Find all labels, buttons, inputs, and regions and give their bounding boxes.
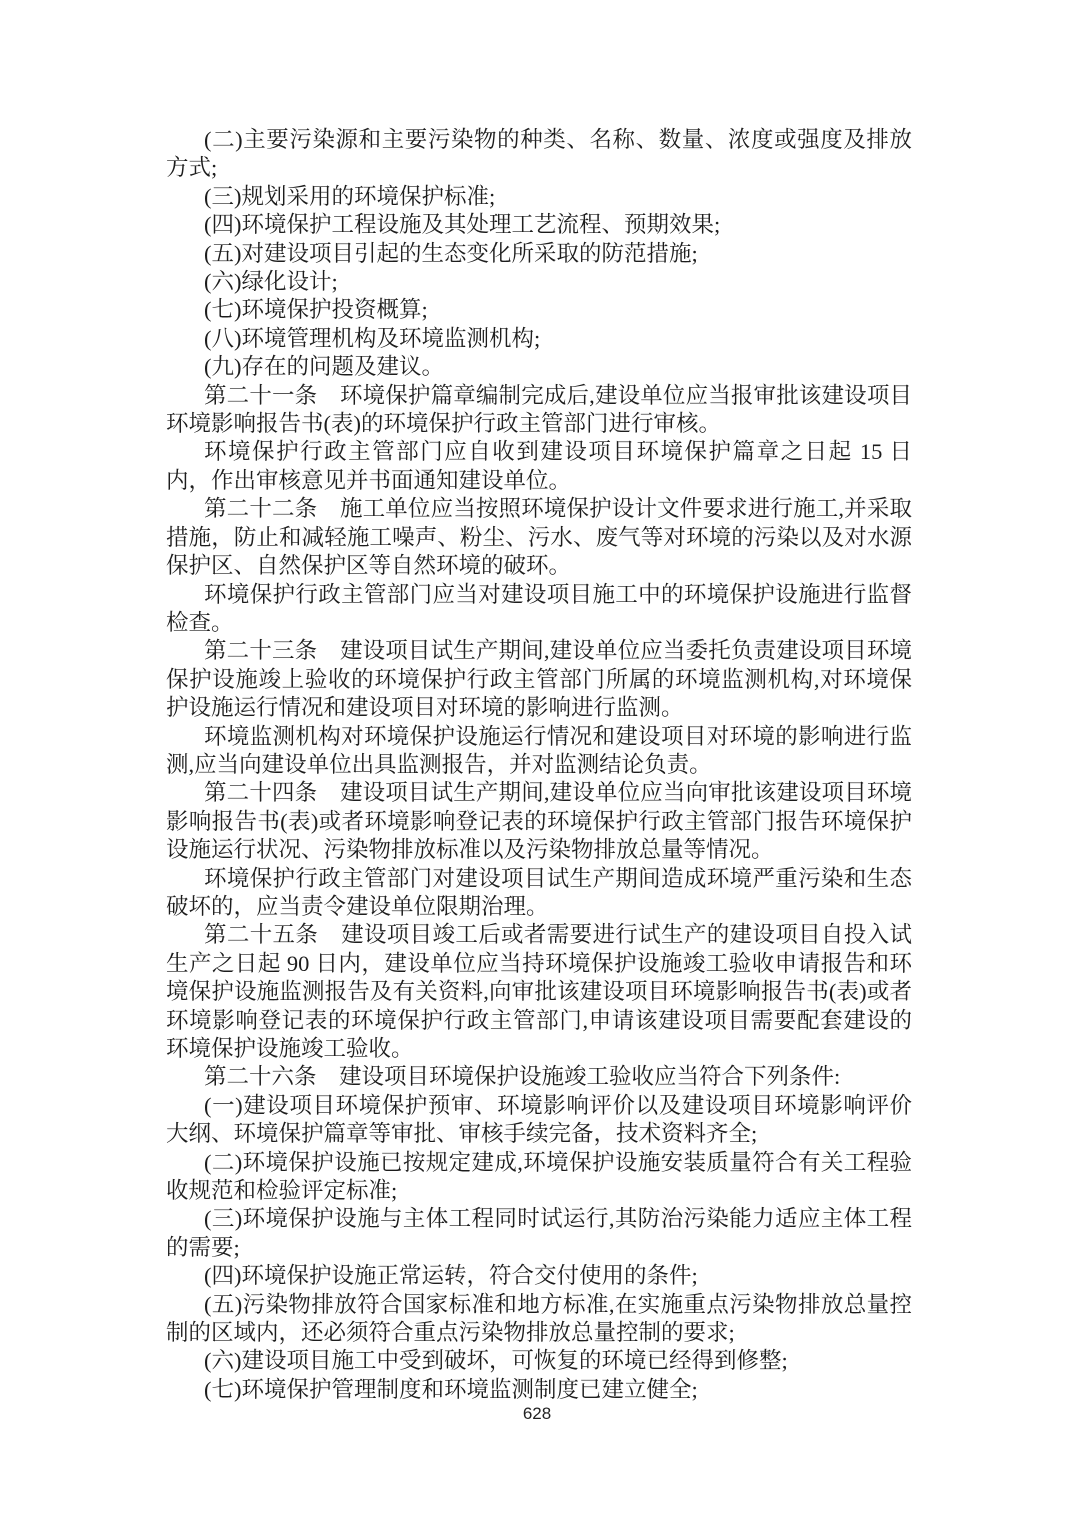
paragraph: 环境监测机构对环境保护设施运行情况和建设项目对环境的影响进行监测,应当向建设单位… [166,723,912,780]
paragraph: 第二十三条 建设项目试生产期间,建设单位应当委托负责建设项目环境保护设施竣上验收… [166,637,912,722]
paragraph: (五)污染物排放符合国家标准和地方标准,在实施重点污染物排放总量控制的区域内，还… [166,1291,912,1348]
paragraph: 第二十四条 建设项目试生产期间,建设单位应当向审批该建设项目环境影响报告书(表)… [166,779,912,864]
paragraph: 第二十二条 施工单位应当按照环境保护设计文件要求进行施工,并采取措施，防止和减轻… [166,495,912,580]
paragraph: (六)建设项目施工中受到破坏，可恢复的环境已经得到修整; [166,1347,912,1375]
paragraph: (五)对建设项目引起的生态变化所采取的防范措施; [166,240,912,268]
paragraph: (七)环境保护管理制度和环境监测制度已建立健全; [166,1376,912,1404]
paragraph: (九)存在的问题及建议。 [166,353,912,381]
page-number: 628 [0,1404,1074,1424]
paragraph: 环境保护行政主管部门应当对建设项目施工中的环境保护设施进行监督检查。 [166,581,912,638]
paragraph: (四)环境保护工程设施及其处理工艺流程、预期效果; [166,211,912,239]
paragraph: (一)建设项目环境保护预审、环境影响评价以及建设项目环境影响评价大纲、环境保护篇… [166,1092,912,1149]
paragraph: (二)主要污染源和主要污染物的种类、名称、数量、浓度或强度及排放方式; [166,126,912,183]
paragraph: 环境保护行政主管部门应自收到建设项目环境保护篇章之日起 15 日内，作出审核意见… [166,438,912,495]
document-page: (二)主要污染源和主要污染物的种类、名称、数量、浓度或强度及排放方式;(三)规划… [0,0,1074,1520]
paragraph: 环境保护行政主管部门对建设项目试生产期间造成环境严重污染和生态破坏的，应当责令建… [166,865,912,922]
paragraph: (二)环境保护设施已按规定建成,环境保护设施安装质量符合有关工程验收规范和检验评… [166,1149,912,1206]
paragraph: (八)环境管理机构及环境监测机构; [166,325,912,353]
paragraph: (三)环境保护设施与主体工程同时试运行,其防治污染能力适应主体工程的需要; [166,1205,912,1262]
text-block: (二)主要污染源和主要污染物的种类、名称、数量、浓度或强度及排放方式;(三)规划… [166,126,912,1404]
paragraph: 第二十六条 建设项目环境保护设施竣工验收应当符合下列条件: [166,1063,912,1091]
paragraph: 第二十一条 环境保护篇章编制完成后,建设单位应当报审批该建设项目环境影响报告书(… [166,382,912,439]
paragraph: (四)环境保护设施正常运转，符合交付使用的条件; [166,1262,912,1290]
paragraph: (三)规划采用的环境保护标准; [166,183,912,211]
paragraph: (七)环境保护投资概算; [166,296,912,324]
paragraph: 第二十五条 建设项目竣工后或者需要进行试生产的建设项目自投入试生产之日起 90 … [166,921,912,1063]
paragraph: (六)绿化设计; [166,268,912,296]
